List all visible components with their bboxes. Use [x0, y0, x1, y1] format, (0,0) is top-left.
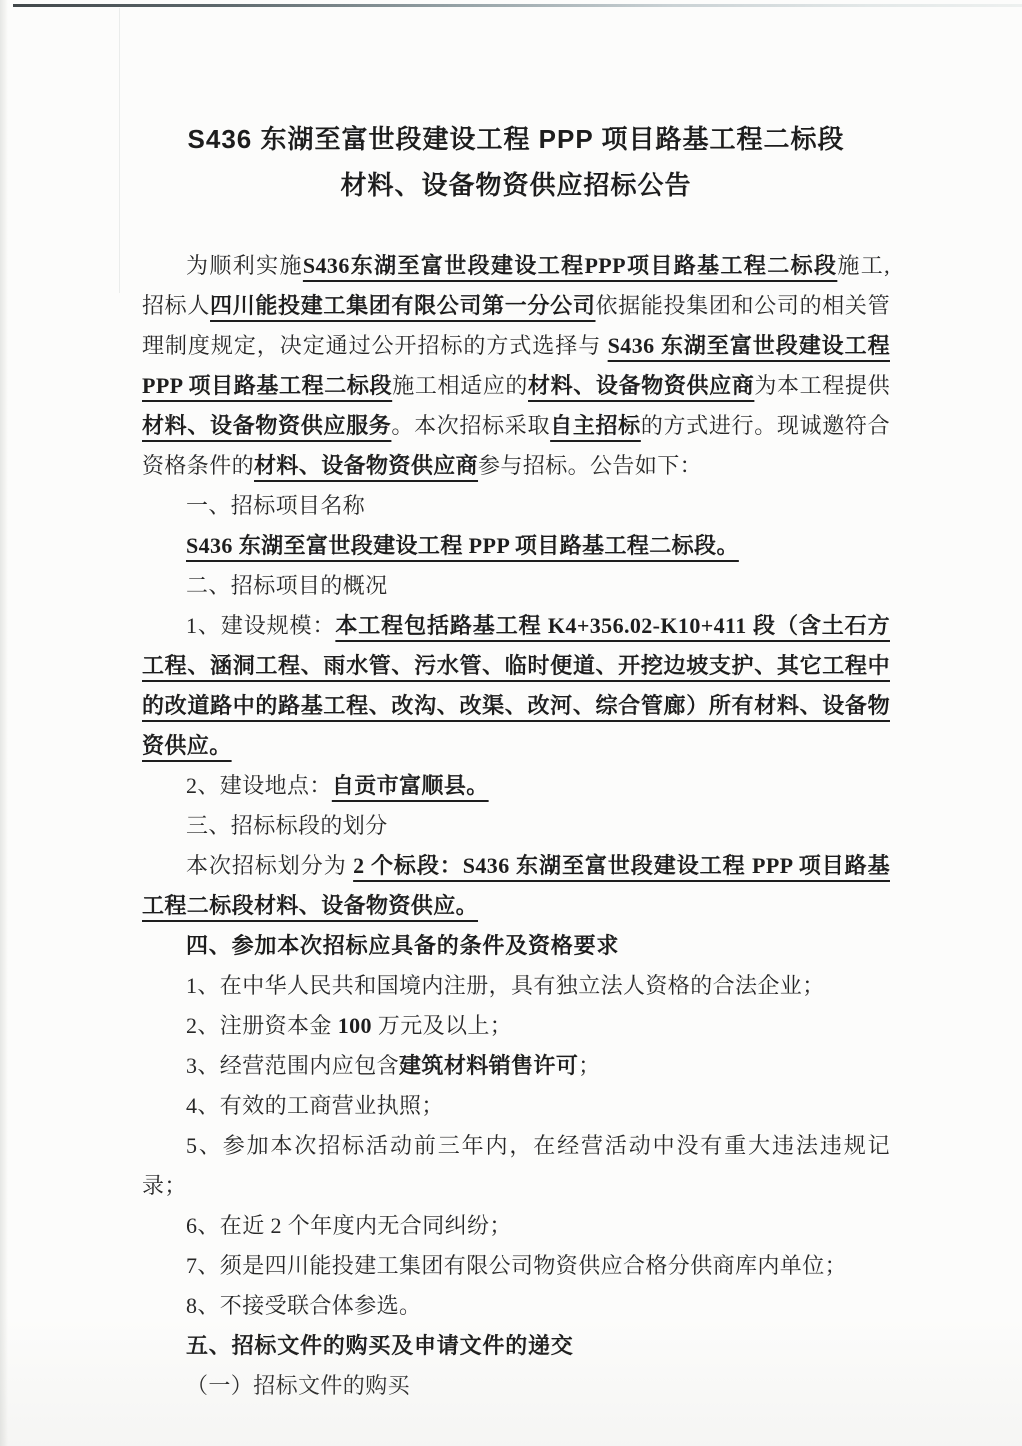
text-run: 3、经营范围内应包含: [186, 1053, 399, 1078]
text-run: 8、不接受联合体参选。: [186, 1293, 421, 1318]
text-run: 万元及以上；: [372, 1013, 512, 1038]
underlined-emphasis: 材料、设备物资供应服务: [142, 413, 391, 438]
document-content: S436 东湖至富世段建设工程 PPP 项目路基工程二标段 材料、设备物资供应招…: [142, 0, 890, 1406]
text-run: 本次招标划分为: [186, 853, 353, 878]
requirement-item-3: 3、经营范围内应包含建筑材料销售许可；: [142, 1046, 890, 1086]
section-1-heading: 一、招标项目名称: [142, 486, 890, 526]
section-3-heading: 三、招标标段的划分: [142, 806, 890, 846]
text-run: 二、招标项目的概况: [186, 573, 388, 598]
project-name-line: S436 东湖至富世段建设工程 PPP 项目路基工程二标段。: [142, 526, 890, 566]
underlined-emphasis: 自主招标: [550, 413, 641, 438]
requirement-item-4: 4、有效的工商营业执照；: [142, 1086, 890, 1126]
section-division-paragraph: 本次招标划分为 2 个标段：S436 东湖至富世段建设工程 PPP 项目路基工程…: [142, 846, 890, 926]
text-run: 2、建设地点：: [186, 773, 332, 798]
scan-left-edge-shadow: [0, 0, 8, 1446]
intro-paragraph: 为顺利实施S436东湖至富世段建设工程PPP项目路基工程二标段施工, 招标人四川…: [142, 246, 890, 486]
requirement-item-5: 5、参加本次招标活动前三年内，在经营活动中没有重大违法违规记录；: [142, 1126, 890, 1206]
requirement-item-7: 7、须是四川能投建工集团有限公司物资供应合格分供商库内单位；: [142, 1246, 890, 1286]
text-run: 为本工程提供: [754, 373, 890, 398]
text-run: 1、在中华人民共和国境内注册，具有独立法人资格的合法企业；: [186, 973, 825, 998]
underlined-emphasis: S436东湖至富世段建设工程PPP项目路基工程二标段: [303, 253, 837, 278]
text-run: 1、建设规模：: [186, 613, 335, 638]
item-construction-location: 2、建设地点：自贡市富顺县。: [142, 766, 890, 806]
text-run: 4、有效的工商营业执照；: [186, 1093, 444, 1118]
document-title-line-1: S436 东湖至富世段建设工程 PPP 项目路基工程二标段: [142, 116, 890, 162]
underlined-emphasis: 材料、设备物资供应商: [254, 453, 478, 478]
text-run: （一）招标文件的购买: [186, 1373, 410, 1398]
document-title: S436 东湖至富世段建设工程 PPP 项目路基工程二标段 材料、设备物资供应招…: [142, 116, 890, 208]
underlined-emphasis: S436 东湖至富世段建设工程 PPP 项目路基工程二标段。: [186, 533, 739, 558]
requirement-item-8: 8、不接受联合体参选。: [142, 1286, 890, 1326]
text-run: 建筑材料销售许可: [399, 1053, 578, 1078]
text-run: 一、招标项目名称: [186, 493, 365, 518]
subsection-5-1-heading: （一）招标文件的购买: [142, 1366, 890, 1406]
text-run: 四、参加本次招标应具备的条件及资格要求: [186, 933, 619, 958]
scanned-document-page: S436 东湖至富世段建设工程 PPP 项目路基工程二标段 材料、设备物资供应招…: [0, 0, 1022, 1446]
text-run: 5、参加本次招标活动前三年内，在经营活动中没有重大违法违规记录；: [142, 1133, 890, 1198]
scan-crease-line: [119, 8, 120, 293]
requirement-item-2: 2、注册资本金 100 万元及以上；: [142, 1006, 890, 1046]
text-run: 100: [338, 1013, 372, 1038]
text-run: ；: [578, 1053, 600, 1078]
text-run: 。本次招标采取: [391, 413, 550, 438]
text-run: 为顺利实施: [186, 253, 303, 278]
text-run: 施工相适应的: [392, 373, 528, 398]
requirement-item-1: 1、在中华人民共和国境内注册，具有独立法人资格的合法企业；: [142, 966, 890, 1006]
text-run: 6、在近 2 个年度内无合同纠纷；: [186, 1213, 512, 1238]
document-title-line-2: 材料、设备物资供应招标公告: [142, 162, 890, 208]
underlined-emphasis: 四川能投建工集团有限公司第一分公司: [210, 293, 595, 318]
requirement-item-6: 6、在近 2 个年度内无合同纠纷；: [142, 1206, 890, 1246]
text-run: 7、须是四川能投建工集团有限公司物资供应合格分供商库内单位；: [186, 1253, 847, 1278]
text-run: 五、招标文件的购买及申请文件的递交: [186, 1333, 574, 1358]
section-2-heading: 二、招标项目的概况: [142, 566, 890, 606]
underlined-emphasis: 材料、设备物资供应商: [528, 373, 754, 398]
text-run: 2、注册资本金: [186, 1013, 338, 1038]
underlined-emphasis: 自贡市富顺县。: [332, 773, 489, 798]
document-body: 为顺利实施S436东湖至富世段建设工程PPP项目路基工程二标段施工, 招标人四川…: [142, 246, 890, 1406]
section-5-heading: 五、招标文件的购买及申请文件的递交: [142, 1326, 890, 1366]
section-4-heading: 四、参加本次招标应具备的条件及资格要求: [142, 926, 890, 966]
item-construction-scale: 1、建设规模：本工程包括路基工程 K4+356.02-K10+411 段（含土石…: [142, 606, 890, 766]
text-run: 三、招标标段的划分: [186, 813, 388, 838]
text-run: 参与招标。公告如下：: [478, 453, 702, 478]
